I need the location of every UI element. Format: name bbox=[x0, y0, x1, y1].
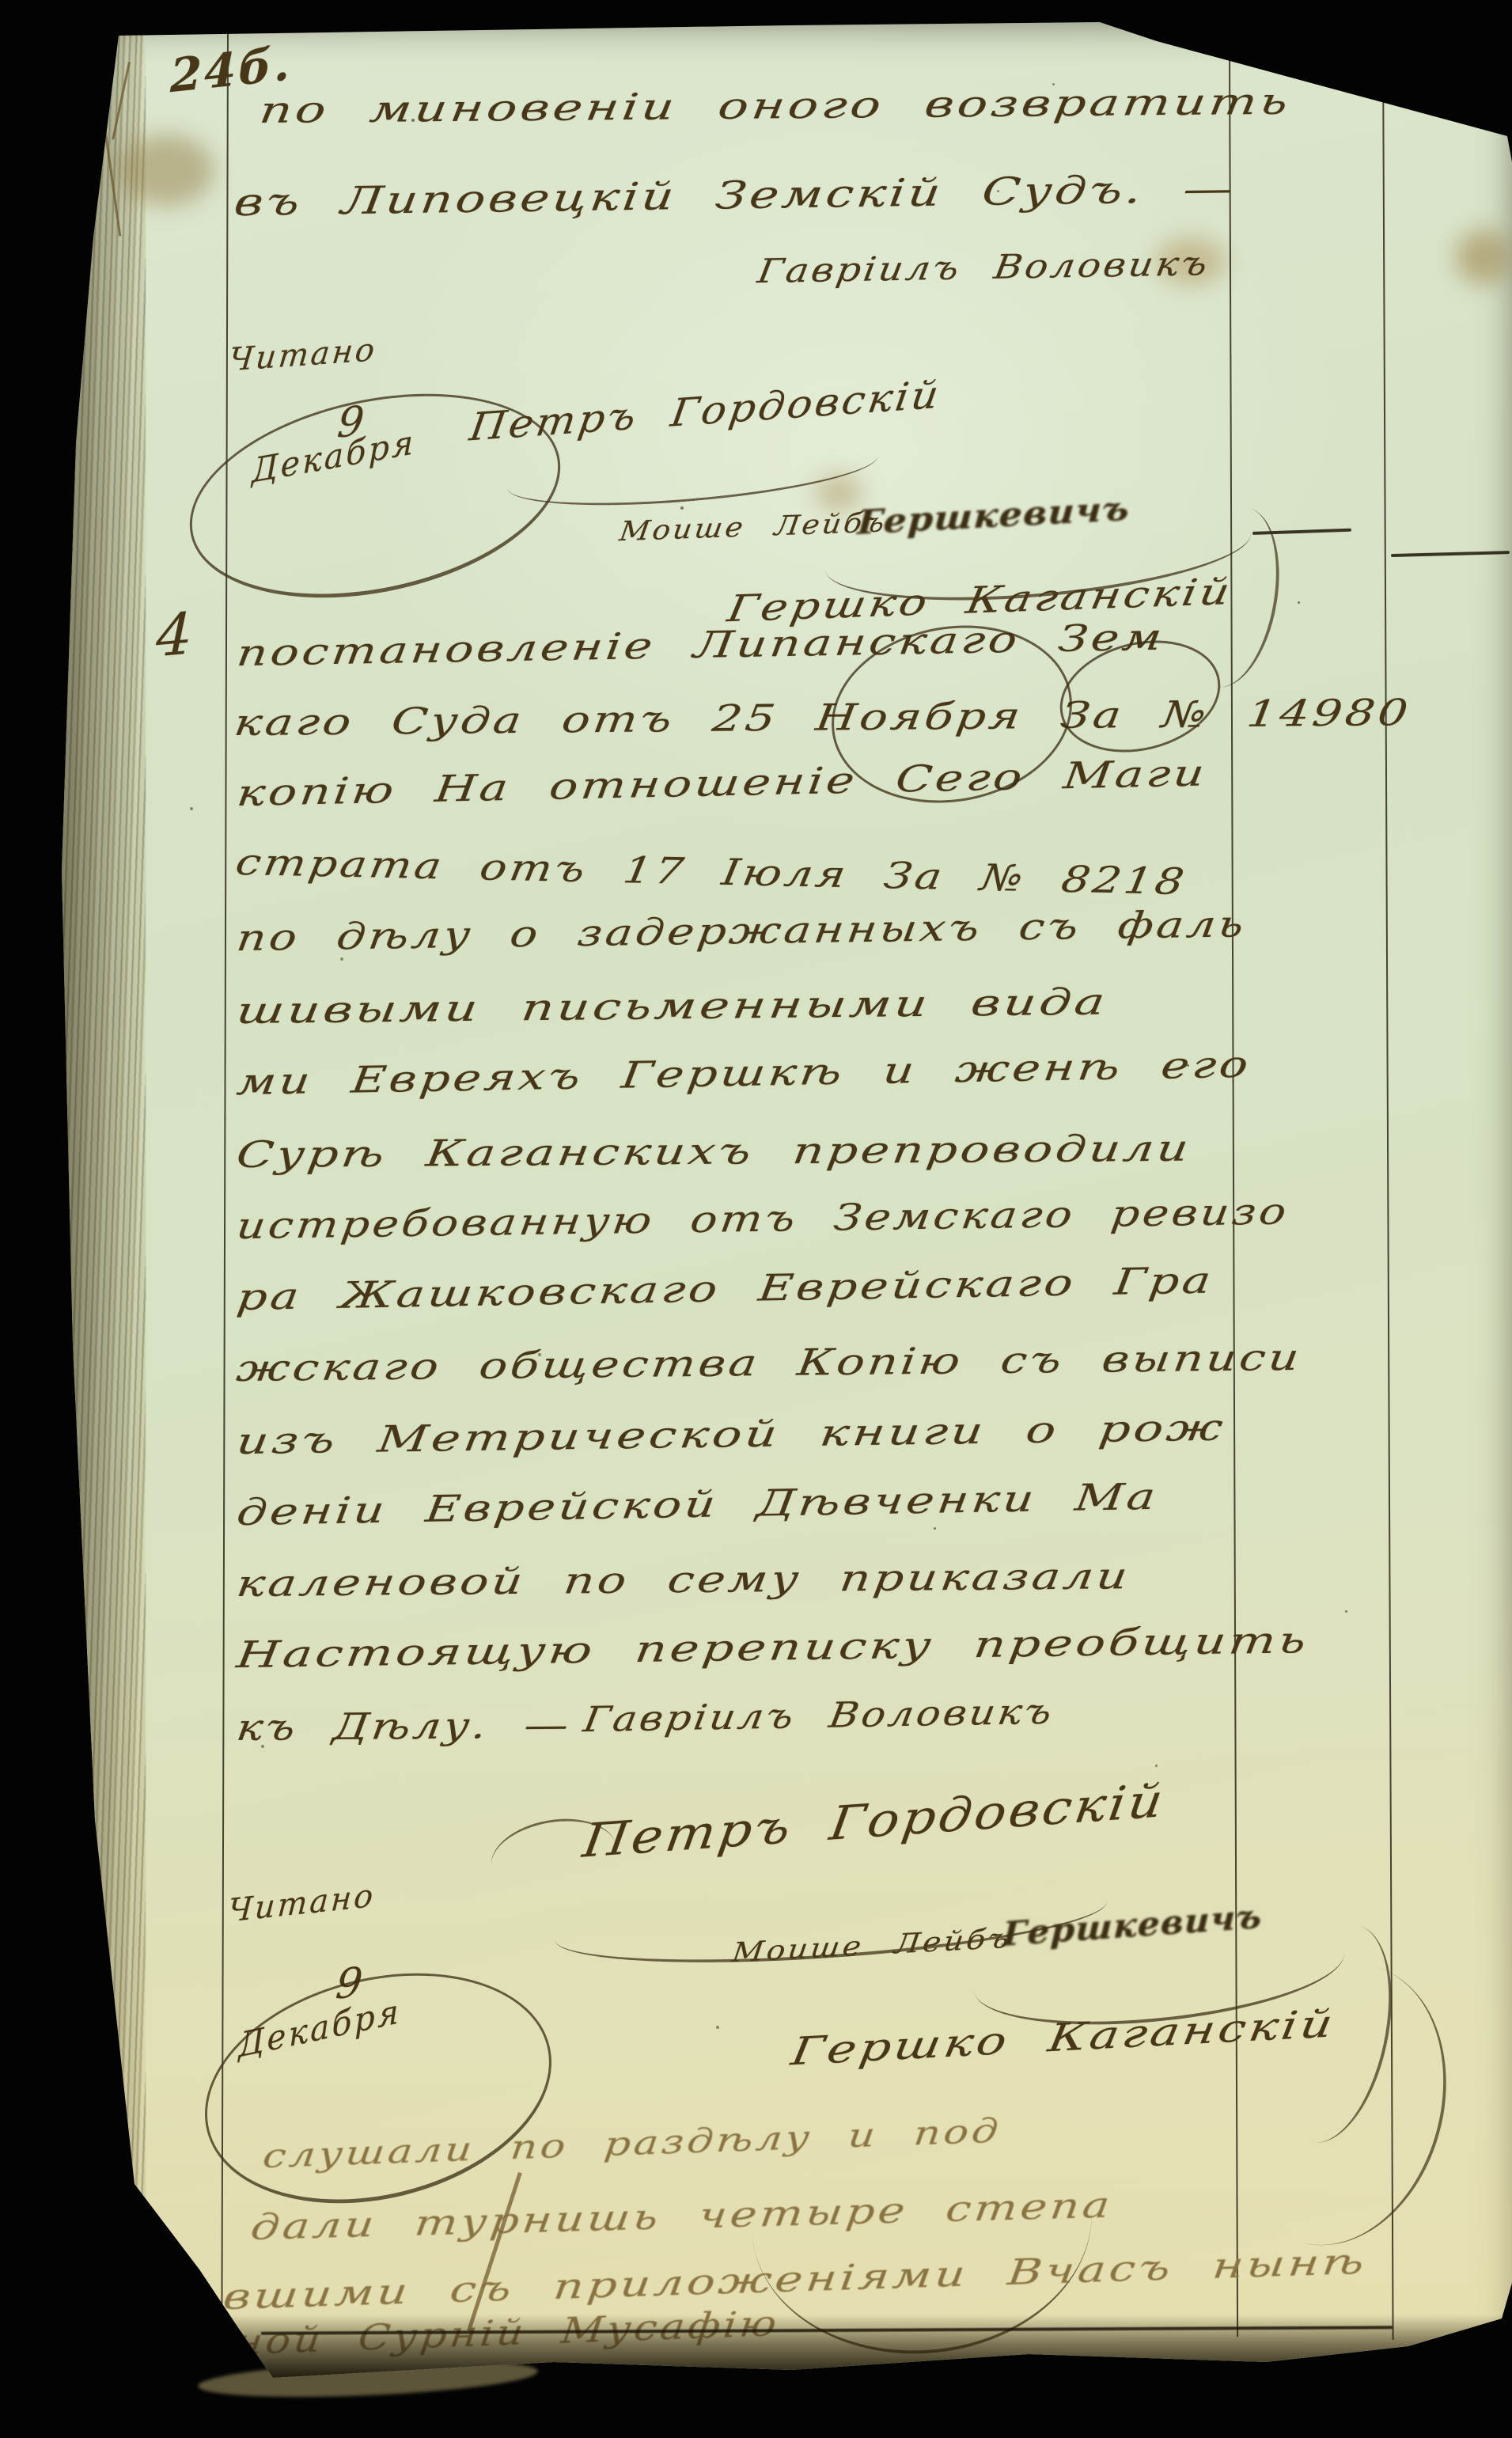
ink-speck bbox=[1298, 601, 1300, 604]
ink-speck bbox=[340, 957, 343, 961]
ink-speck bbox=[261, 1745, 264, 1748]
closing-signature-volovik: Гавріилъ Воловикъ bbox=[581, 1692, 1057, 1741]
foxing-stain bbox=[119, 135, 214, 206]
ink-speck bbox=[1187, 1064, 1189, 1067]
entry-line: Сурѣ Каганскихъ препроводили bbox=[234, 1127, 1194, 1176]
ink-speck bbox=[1345, 1610, 1347, 1613]
opening-line: по миновеніи оного возвратить bbox=[257, 80, 1294, 131]
foxing-stain bbox=[1456, 229, 1511, 285]
manuscript-page: ✓ 24б. по миновеніи оного возвратить въ … bbox=[0, 0, 1512, 2438]
ink-speck bbox=[680, 506, 684, 510]
ink-speck bbox=[997, 190, 999, 192]
ink-speck bbox=[411, 119, 415, 122]
entry-number: 4 bbox=[156, 600, 195, 670]
ink-speck bbox=[1155, 1765, 1158, 1767]
ink-speck bbox=[934, 1527, 936, 1530]
binding-scribble bbox=[67, 71, 80, 166]
entry-line: къ Дѣлу. — bbox=[234, 1703, 574, 1749]
binding-shadow bbox=[49, 24, 168, 2366]
signature-volovik: Гавріилъ Воловикъ bbox=[755, 244, 1213, 290]
ink-speck bbox=[716, 2026, 719, 2029]
entry-line: каленовой по сему приказали bbox=[234, 1554, 1133, 1605]
scanned-document: ✓ 24б. по миновеніи оного возвратить въ … bbox=[0, 0, 1512, 2438]
corner-mark: ✓ bbox=[70, 23, 93, 50]
ink-speck bbox=[538, 1353, 541, 1356]
ink-speck bbox=[190, 807, 193, 810]
ink-speck bbox=[1052, 83, 1055, 85]
